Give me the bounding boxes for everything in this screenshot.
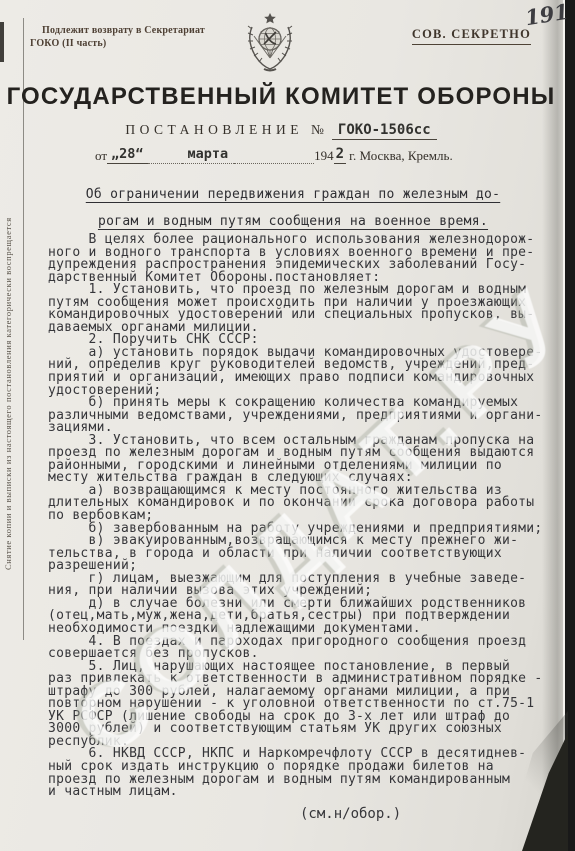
- subject-line2: рогам и водным путям сообщения на военно…: [98, 214, 488, 229]
- number-sign: №: [311, 122, 324, 137]
- classification-label: СОВ. СЕКРЕТНО: [412, 27, 531, 45]
- doc-number: ГОКО-1506сс: [332, 122, 437, 140]
- date-day: „28“: [107, 146, 148, 164]
- doc-type-label: ПОСТАНОВЛЕНИЕ: [125, 122, 303, 137]
- date-year-printed: 194: [314, 148, 334, 164]
- organization-title: ГОСУДАРСТВЕННЫЙ КОМИТЕТ ОБОРОНЫ: [0, 83, 562, 111]
- date-fill-line: [234, 149, 314, 164]
- subject-heading: Об ограничении передвижения граждан по ж…: [48, 181, 538, 235]
- date-fill-line: [148, 149, 182, 164]
- date-month: марта: [182, 146, 235, 164]
- ussr-coat-of-arms-icon: [244, 12, 296, 77]
- decree-line: ПОСТАНОВЛЕНИЕ № ГОКО-1506сс: [0, 121, 562, 139]
- date-year-typed: 2: [334, 146, 346, 164]
- return-stamp-line1: Подлежит возврату в Секретариат: [30, 24, 210, 37]
- return-stamp: Подлежит возврату в Секретариат ГОКО (II…: [30, 24, 210, 50]
- subject-line1: Об ограничении передвижения граждан по ж…: [86, 187, 500, 202]
- margin-prohibition-note: Снятие копии и выписки из настоящего пос…: [3, 168, 18, 620]
- see-overleaf-note: (см.н/обор.): [300, 806, 401, 822]
- date-place: г. Москва, Кремль.: [349, 148, 453, 164]
- decree-body-text: В целях более рационального использовани…: [48, 234, 543, 799]
- document-scan: Снятие копии и выписки из настоящего пос…: [0, 0, 575, 851]
- date-prefix: от: [95, 148, 107, 164]
- date-line: от „28“ марта 194 2 г. Москва, Кремль.: [95, 146, 453, 164]
- return-stamp-line2: ГОКО (II часть): [30, 37, 210, 50]
- margin-rule: [23, 18, 24, 640]
- scan-edge-mark: [0, 22, 4, 62]
